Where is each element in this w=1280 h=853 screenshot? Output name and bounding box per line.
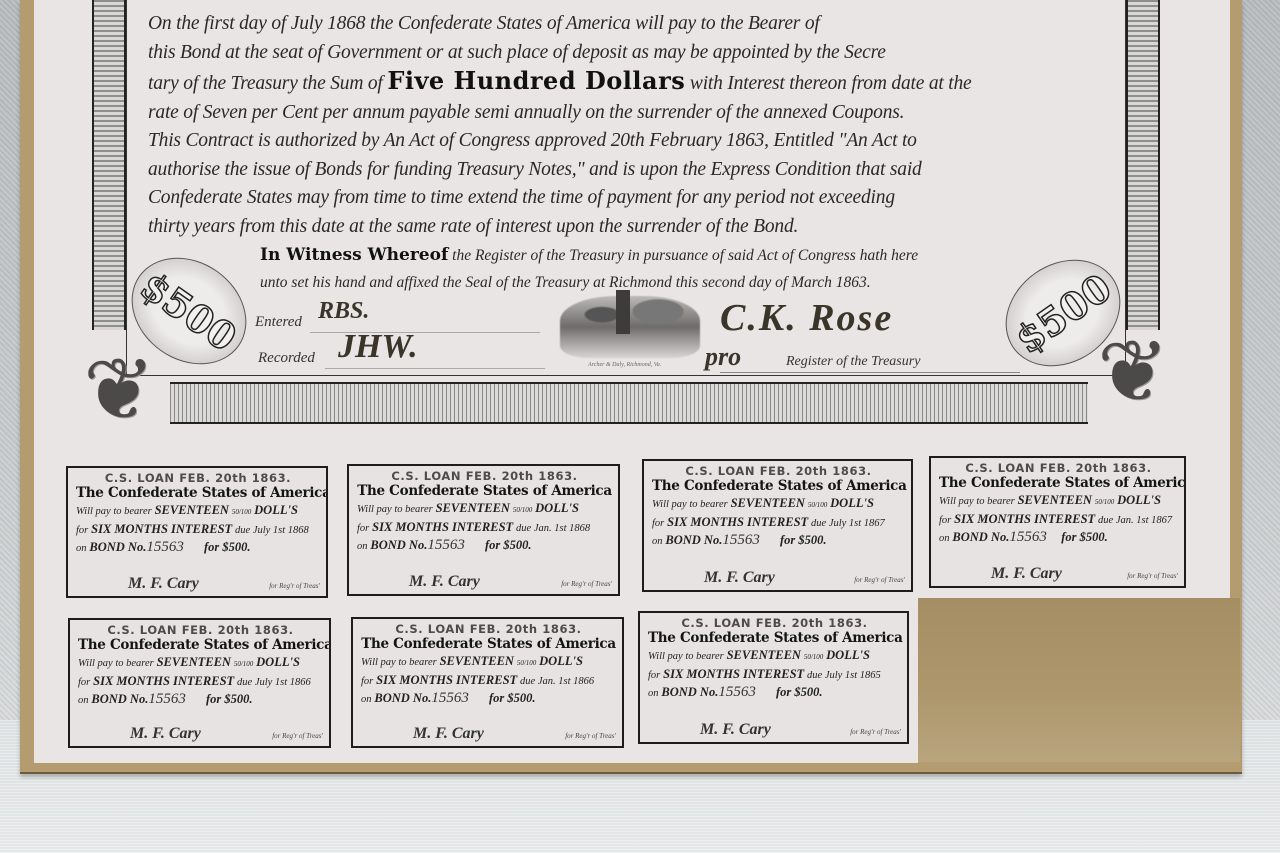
coupon-interest: SIX MONTHS INTEREST [376,673,517,687]
coupon-due-date: due July 1st 1865 [807,670,881,681]
coupon-register: for Reg'r of Treas' [854,576,905,584]
bond-text-line: tary of the Treasury the Sum of Five Hun… [148,67,1108,99]
coupon-for-amount: for $500. [485,538,532,552]
coupon-for-amount: for $500. [206,692,253,706]
coupon-for: for [78,677,90,688]
interest-coupon: C.S. LOAN FEB. 20th 1863. The Confederat… [642,459,913,592]
steamboat-smokestack [616,290,630,334]
interest-coupon: C.S. LOAN FEB. 20th 1863. The Confederat… [66,466,328,598]
coupon-on: on [361,694,372,705]
coupon-signature: M. F. Cary [128,575,199,593]
bond-text-line: authorise the issue of Bonds for funding… [148,156,1108,185]
coupon-amount: SEVENTEEN [157,655,231,669]
acanthus-corner-ornament-icon: ❦ [1078,322,1188,422]
engraved-border-right [1126,0,1160,330]
coupon-amount-fraction: 50/100 [1095,498,1114,506]
coupon-for: for [652,518,664,529]
coupon-on: on [357,541,368,552]
coupon-pay-text: Will pay to bearer [648,651,724,662]
witness-clause: In Witness Whereof the Register of the T… [260,242,1020,296]
coupon-title: The Confederate States of America [361,636,616,653]
coupon-loan-header: C.S. LOAN FEB. 20th 1863. [76,471,320,485]
interest-coupon: C.S. LOAN FEB. 20th 1863. The Confederat… [638,611,909,744]
coupon-amount-fraction: 50/100 [517,659,536,667]
coupon-bond-number: 15563 [722,532,760,548]
witness-line-2: unto set his hand and affixed the Seal o… [260,269,1020,296]
coupon-loan-header: C.S. LOAN FEB. 20th 1863. [939,461,1178,475]
coupon-interest: SIX MONTHS INTEREST [93,674,234,688]
coupon-for-amount: for $500. [204,540,251,554]
witness-line-1: the Register of the Treasury in pursuanc… [448,247,918,264]
coupon-on: on [78,695,89,706]
coupon-on: on [648,688,659,699]
coupon-for-amount: for $500. [776,685,823,699]
interest-coupon: C.S. LOAN FEB. 20th 1863. The Confederat… [347,464,620,596]
coupon-due-date: due July 1st 1866 [237,677,311,688]
coupon-bond-number: 15563 [427,537,465,553]
coupon-bond-number: 15563 [148,691,186,707]
coupon-signature: M. F. Cary [409,573,480,591]
coupon-interest: SIX MONTHS INTEREST [372,520,513,534]
coupon-for: for [76,525,88,536]
coupon-bond-label: BOND No. [661,685,718,699]
coupon-bond-label: BOND No. [374,691,431,705]
bond-amount-words: Five Hundred Dollars [387,66,685,95]
coupon-bond-label: BOND No. [952,530,1009,544]
coupon-title: The Confederate States of America [78,637,323,654]
coupon-title: The Confederate States of America [652,478,905,495]
register-rule [720,372,1020,373]
coupon-bond-label: BOND No. [665,533,722,547]
coupon-dolls: DOLL'S [256,655,300,669]
coupon-due-date: due Jan. 1st 1868 [516,523,590,534]
bond-text-fragment: tary of the Treasury the Sum of [148,73,387,94]
coupon-interest: SIX MONTHS INTEREST [663,667,804,681]
coupon-for-amount: for $500. [780,533,827,547]
coupon-interest: SIX MONTHS INTEREST [954,512,1095,526]
coupon-on: on [939,533,950,544]
coupon-bond-number: 15563 [718,684,756,700]
coupon-for: for [361,676,373,687]
steamboat-vignette-image [560,296,700,358]
coupon-amount-fraction: 50/100 [232,508,251,516]
bond-text-line: This Contract is authorized by An Act of… [148,127,1108,156]
coupon-pay-text: Will pay to bearer [939,496,1015,507]
entered-initials: RBS. [318,298,369,325]
printer-imprint: Archer & Daly, Richmond, Va. [588,362,661,368]
coupon-dolls: DOLL'S [535,501,579,515]
coupon-signature: M. F. Cary [130,725,201,743]
coupon-amount: SEVENTEEN [727,648,801,662]
coupon-loan-header: C.S. LOAN FEB. 20th 1863. [357,469,612,483]
entered-label: Entered [255,314,302,331]
coupon-interest: SIX MONTHS INTEREST [667,515,808,529]
bond-text-line: On the first day of July 1868 the Confed… [148,10,1108,39]
recorded-rule [325,368,545,369]
coupon-dolls: DOLL'S [826,648,870,662]
coupon-amount: SEVENTEEN [1018,493,1092,507]
coupon-bond-label: BOND No. [89,540,146,554]
coupon-on: on [652,536,663,547]
coupon-pay-text: Will pay to bearer [357,504,433,515]
coupon-dolls: DOLL'S [1117,493,1161,507]
register-signature: C.K. Rose [720,296,893,340]
coupon-signature: M. F. Cary [991,565,1062,583]
coupon-loan-header: C.S. LOAN FEB. 20th 1863. [652,464,905,478]
coupon-pay-text: Will pay to bearer [652,499,728,510]
bond-text-fragment: with Interest thereon from date at the [685,73,971,94]
coupon-bond-label: BOND No. [91,692,148,706]
register-pro-initials: pro [705,342,741,372]
coupon-loan-header: C.S. LOAN FEB. 20th 1863. [361,622,616,636]
coupon-bond-number: 15563 [1009,529,1047,545]
coupon-amount-fraction: 50/100 [513,506,532,514]
coupon-register: for Reg'r of Treas' [565,732,616,740]
coupon-for-amount: for $500. [1061,530,1108,544]
coupon-register: for Reg'r of Treas' [850,728,901,736]
coupon-due-date: due July 1st 1867 [811,518,885,529]
coupon-amount: SEVENTEEN [436,501,510,515]
coupon-bond-number: 15563 [431,690,469,706]
bond-body-text: On the first day of July 1868 the Confed… [148,10,1108,241]
coupon-loan-header: C.S. LOAN FEB. 20th 1863. [648,616,901,630]
coupon-signature: M. F. Cary [704,569,775,587]
bond-text-line: rate of Seven per Cent per annum payable… [148,99,1108,128]
coupon-title: The Confederate States of America [939,475,1178,492]
recorded-initials: JHW. [338,328,418,366]
coupon-due-date: due Jan. 1st 1866 [520,676,594,687]
coupon-for: for [939,515,951,526]
interest-coupon: C.S. LOAN FEB. 20th 1863. The Confederat… [68,618,331,748]
coupon-amount: SEVENTEEN [440,654,514,668]
coupon-amount-fraction: 50/100 [808,501,827,509]
coupon-dolls: DOLL'S [539,654,583,668]
coupon-dolls: DOLL'S [830,496,874,510]
engraved-border-bottom [170,382,1088,424]
coupon-title: The Confederate States of America [76,485,320,502]
coupon-for-amount: for $500. [489,691,536,705]
bond-text-line: Confederate States may from time to time… [148,184,1108,213]
acanthus-corner-ornament-icon: ❦ [64,340,174,440]
missing-coupon-area [918,598,1240,762]
coupon-signature: M. F. Cary [413,725,484,743]
engraved-border-left [92,0,126,330]
register-title: Register of the Treasury [786,354,920,370]
interest-coupon: C.S. LOAN FEB. 20th 1863. The Confederat… [929,456,1186,588]
coupon-register: for Reg'r of Treas' [269,582,320,590]
coupon-for: for [357,523,369,534]
coupon-dolls: DOLL'S [254,503,298,517]
coupon-register: for Reg'r of Treas' [1127,572,1178,580]
coupon-register: for Reg'r of Treas' [272,732,323,740]
witness-label: In Witness Whereof [260,245,448,265]
coupon-for: for [648,670,660,681]
coupon-loan-header: C.S. LOAN FEB. 20th 1863. [78,623,323,637]
coupon-amount-fraction: 50/100 [804,653,823,661]
bond-text-line: this Bond at the seat of Government or a… [148,39,1108,68]
coupon-pay-text: Will pay to bearer [78,658,154,669]
coupon-register: for Reg'r of Treas' [561,580,612,588]
coupon-on: on [76,543,87,554]
coupon-amount-fraction: 50/100 [234,660,253,668]
interest-coupon: C.S. LOAN FEB. 20th 1863. The Confederat… [351,617,624,748]
coupon-pay-text: Will pay to bearer [76,506,152,517]
coupon-bond-number: 15563 [146,539,184,555]
coupon-amount: SEVENTEEN [155,503,229,517]
coupon-bond-label: BOND No. [370,538,427,552]
coupon-interest: SIX MONTHS INTEREST [91,522,232,536]
coupon-title: The Confederate States of America [357,483,612,500]
coupon-due-date: due Jan. 1st 1867 [1098,515,1172,526]
coupon-amount: SEVENTEEN [731,496,805,510]
recorded-label: Recorded [258,350,315,367]
coupon-due-date: due July 1st 1868 [235,525,309,536]
coupon-pay-text: Will pay to bearer [361,657,437,668]
bond-text-line: thirty years from this date at the same … [148,213,1108,242]
coupon-title: The Confederate States of America [648,630,901,647]
coupon-signature: M. F. Cary [700,721,771,739]
